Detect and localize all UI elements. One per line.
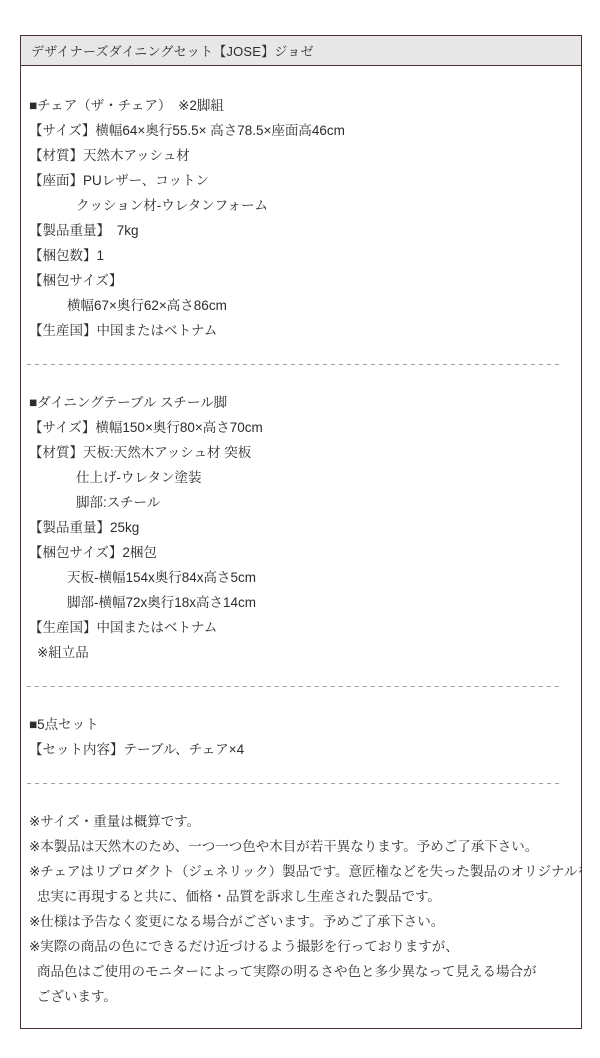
spec-line: 【梱包サイズ】2梱包	[29, 540, 575, 565]
spec-line: 【生産国】中国またはベトナム	[29, 615, 575, 640]
spec-line: ※チェアはリプロダクト（ジェネリック）製品です。意匠権などを失った製品のオリジナ…	[29, 859, 575, 884]
spec-line: 【座面】PUレザー、コットン	[29, 168, 575, 193]
spec-line: 横幅67×奥行62×高さ86cm	[29, 293, 575, 318]
spec-line: 【セット内容】テーブル、チェア×4	[29, 737, 575, 762]
product-spec-page: デザイナーズダイニングセット【JOSE】ジョゼ ■チェア（ザ・チェア） ※2脚組…	[0, 0, 600, 1058]
spec-line: ■ダイニングテーブル スチール脚	[29, 390, 575, 415]
section-divider	[27, 686, 559, 687]
section-divider	[27, 364, 559, 365]
spec-line: 商品色はご使用のモニターによって実際の明るさや色と多少異なって見える場合が	[29, 959, 575, 984]
spec-sheet-title-bar: デザイナーズダイニングセット【JOSE】ジョゼ	[21, 36, 581, 66]
spec-line: 【製品重量】 7kg	[29, 218, 575, 243]
spec-line: ■チェア（ザ・チェア） ※2脚組	[29, 93, 575, 118]
spec-line: 仕上げ-ウレタン塗装	[29, 465, 575, 490]
spec-line: 【製品重量】25kg	[29, 515, 575, 540]
spec-line: ※本製品は天然木のため、一つ一つ色や木目が若干異なります。予めご了承下さい。	[29, 834, 575, 859]
spec-line: 脚部:スチール	[29, 490, 575, 515]
spec-line: ございます。	[29, 984, 575, 1009]
spec-line: 【材質】天板:天然木アッシュ材 突板	[29, 440, 575, 465]
spec-line: ■5点セット	[29, 712, 575, 737]
spec-line: ※組立品	[29, 640, 575, 665]
spec-line: ※仕様は予告なく変更になる場合がございます。予めご了承下さい。	[29, 909, 575, 934]
spec-line: 【生産国】中国またはベトナム	[29, 318, 575, 343]
chair-specs-section: ■チェア（ザ・チェア） ※2脚組【サイズ】横幅64×奥行55.5× 高さ78.5…	[29, 93, 575, 343]
spec-line: 天板-横幅154x奥行84x高さ5cm	[29, 565, 575, 590]
set-specs-section: ■5点セット【セット内容】テーブル、チェア×4	[29, 712, 575, 762]
spec-line: 【梱包数】1	[29, 243, 575, 268]
spec-line: 忠実に再現すると共に、価格・品質を訴求し生産された製品です。	[29, 884, 575, 909]
table-specs-section: ■ダイニングテーブル スチール脚【サイズ】横幅150×奥行80×高さ70cm【材…	[29, 390, 575, 665]
spec-line: 【サイズ】横幅64×奥行55.5× 高さ78.5×座面高46cm	[29, 118, 575, 143]
spec-line: 【梱包サイズ】	[29, 268, 575, 293]
spec-line: 【材質】天然木アッシュ材	[29, 143, 575, 168]
product-title: デザイナーズダイニングセット【JOSE】ジョゼ	[31, 41, 314, 60]
notes-section: ※サイズ・重量は概算です。※本製品は天然木のため、一つ一つ色や木目が若干異なりま…	[29, 809, 575, 1009]
spec-line: クッション材-ウレタンフォーム	[29, 193, 575, 218]
section-divider	[27, 783, 559, 784]
spec-sheet-body: ■チェア（ザ・チェア） ※2脚組【サイズ】横幅64×奥行55.5× 高さ78.5…	[21, 66, 581, 1009]
spec-sheet: デザイナーズダイニングセット【JOSE】ジョゼ ■チェア（ザ・チェア） ※2脚組…	[20, 35, 582, 1029]
spec-line: ※実際の商品の色にできるだけ近づけるよう撮影を行っておりますが、	[29, 934, 575, 959]
spec-line: 脚部-横幅72x奥行18x高さ14cm	[29, 590, 575, 615]
spec-line: ※サイズ・重量は概算です。	[29, 809, 575, 834]
spec-line: 【サイズ】横幅150×奥行80×高さ70cm	[29, 415, 575, 440]
